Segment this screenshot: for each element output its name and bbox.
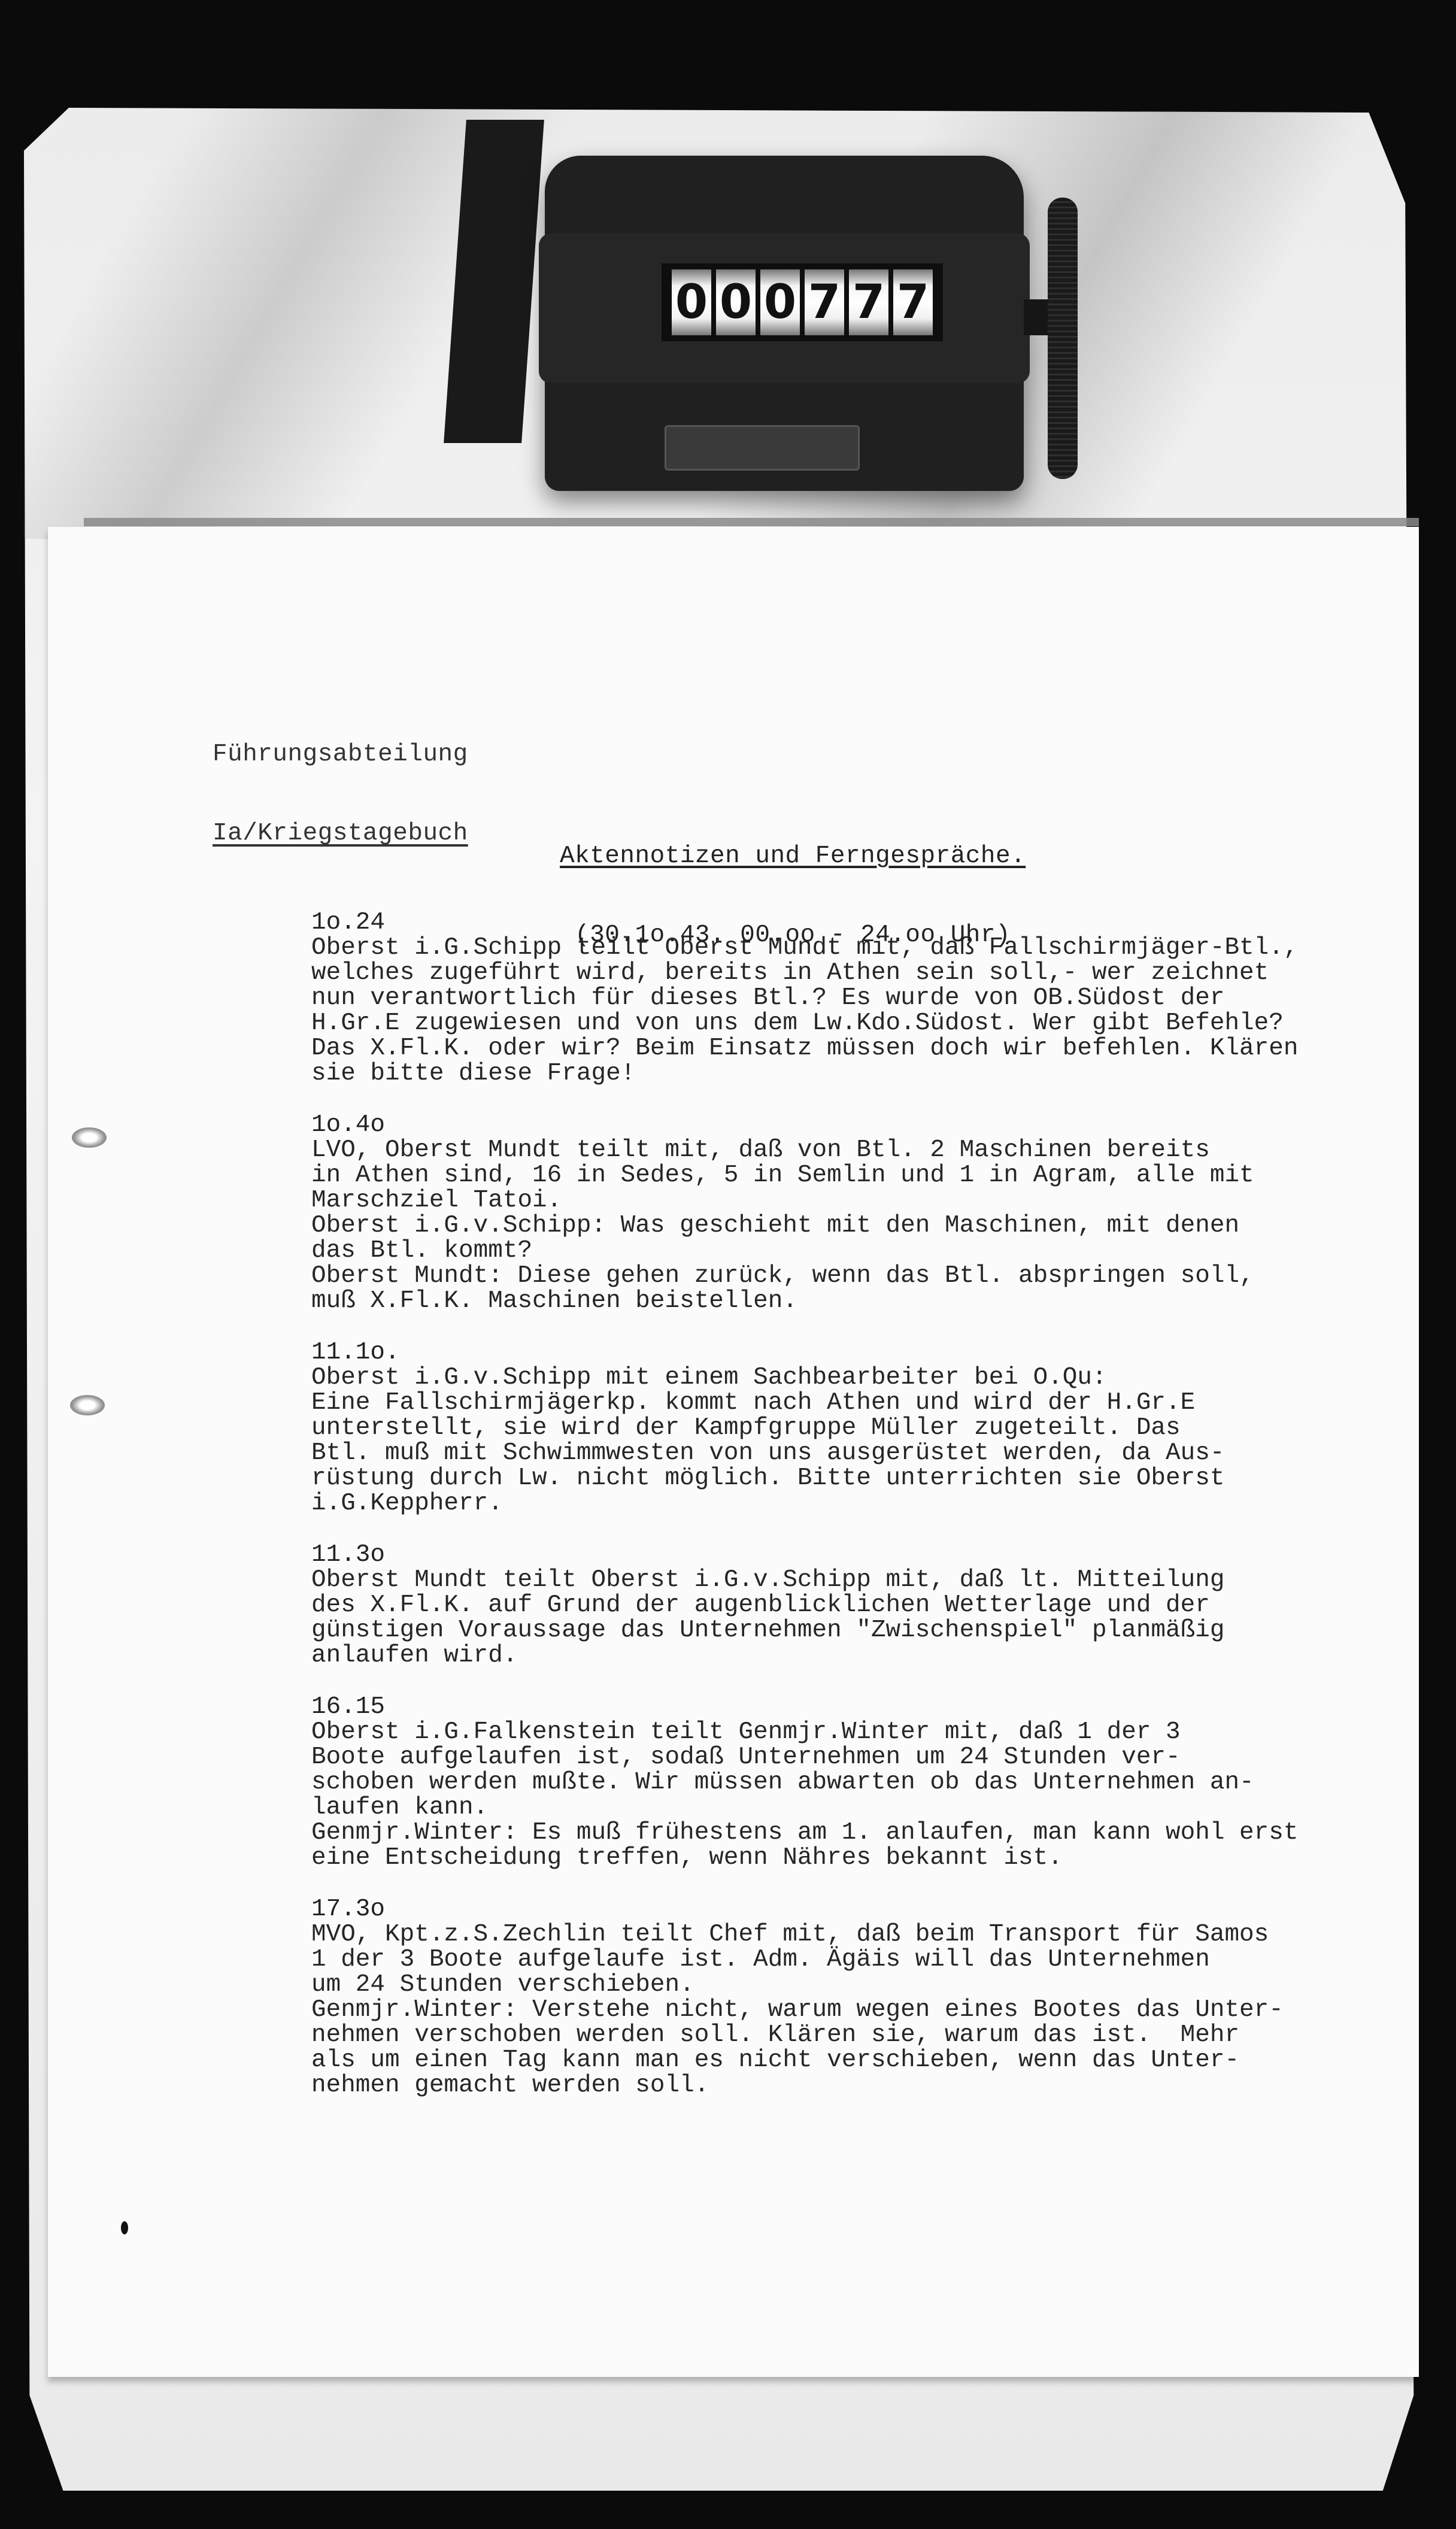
entry-text-line: nehmen gemacht werden soll. — [311, 2073, 1389, 2098]
entry-text-line: laufen kann. — [311, 1795, 1389, 1820]
log-entry: 17.3oMVO, Kpt.z.S.Zechlin teilt Chef mit… — [311, 1897, 1389, 2098]
entry-time: 1o.24 — [311, 910, 1389, 935]
department-name: Führungsabteilung — [213, 741, 468, 768]
entry-text-line: Genmjr.Winter: Verstehe nicht, warum weg… — [311, 1997, 1389, 2022]
entry-text-line: MVO, Kpt.z.S.Zechlin teilt Chef mit, daß… — [311, 1922, 1389, 1947]
entry-text-line: Oberst i.G.Falkenstein teilt Genmjr.Wint… — [311, 1720, 1389, 1745]
entry-text-line: 1 der 3 Boote aufgelaufe ist. Adm. Ägäis… — [311, 1947, 1389, 1972]
entry-text-line: eine Entscheidung treffen, wenn Nähres b… — [311, 1845, 1389, 1870]
entry-text-line: LVO, Oberst Mundt teilt mit, daß von Btl… — [311, 1138, 1389, 1163]
entry-text-line: Das X.Fl.K. oder wir? Beim Einsatz müsse… — [311, 1036, 1389, 1061]
counter-digit: 0 — [760, 269, 800, 335]
log-entry: 11.3oOberst Mundt teilt Oberst i.G.v.Sch… — [311, 1542, 1389, 1668]
entry-text-line: welches zugeführt wird, bereits in Athen… — [311, 960, 1389, 985]
counter-display: 000777 — [662, 263, 943, 341]
entry-text-line: muß X.Fl.K. Maschinen beistellen. — [311, 1288, 1389, 1314]
ink-speck — [121, 2221, 128, 2234]
war-diary-label: Ia/Kriegstagebuch — [213, 820, 468, 847]
entry-time: 1o.4o — [311, 1112, 1389, 1138]
entry-text-line: unterstellt, sie wird der Kampfgruppe Mü… — [311, 1415, 1389, 1441]
document-page: Führungsabteilung Ia/Kriegstagebuch Akte… — [48, 527, 1419, 2377]
entry-time: 11.1o. — [311, 1340, 1389, 1365]
entry-text-line: Btl. muß mit Schwimmwesten von uns ausge… — [311, 1441, 1389, 1466]
sheet-crease — [84, 518, 1419, 526]
entry-text-line: schoben werden mußte. Wir müssen abwarte… — [311, 1770, 1389, 1795]
counter-digit: 7 — [893, 269, 933, 335]
entry-text-line: Genmjr.Winter: Es muß frühestens am 1. a… — [311, 1820, 1389, 1845]
entry-time: 17.3o — [311, 1897, 1389, 1922]
counter-digit: 0 — [716, 269, 756, 335]
entry-text-line: anlaufen wird. — [311, 1643, 1389, 1668]
mechanical-counter: 000777 — [527, 144, 1102, 503]
counter-nameplate — [665, 425, 860, 471]
department-header: Führungsabteilung Ia/Kriegstagebuch — [213, 689, 468, 899]
punch-hole-bottom — [70, 1395, 105, 1415]
log-entry: 16.15Oberst i.G.Falkenstein teilt Genmjr… — [311, 1694, 1389, 1870]
entry-text-line: sie bitte diese Frage! — [311, 1061, 1389, 1086]
entry-text-line: Oberst Mundt: Diese gehen zurück, wenn d… — [311, 1263, 1389, 1288]
counter-digit: 7 — [805, 269, 844, 335]
entry-text-line: das Btl. kommt? — [311, 1238, 1389, 1263]
entry-text-line: nehmen verschoben werden soll. Klären si… — [311, 2022, 1389, 2048]
entry-text-line: Oberst i.G.v.Schipp: Was geschieht mit d… — [311, 1213, 1389, 1238]
entry-text-line: Oberst i.G.v.Schipp mit einem Sachbearbe… — [311, 1365, 1389, 1390]
punch-hole-top — [72, 1127, 107, 1148]
log-entry: 1o.24Oberst i.G.Schipp teilt Oberst Mund… — [311, 910, 1389, 1086]
entry-text-line: Boote aufgelaufen ist, sodaß Unternehmen… — [311, 1745, 1389, 1770]
log-entries: 1o.24Oberst i.G.Schipp teilt Oberst Mund… — [311, 910, 1389, 2124]
entry-text-line: Marschziel Tatoi. — [311, 1188, 1389, 1213]
entry-text-line: des X.Fl.K. auf Grund der augenblicklich… — [311, 1593, 1389, 1618]
entry-text-line: als um einen Tag kann man es nicht versc… — [311, 2048, 1389, 2073]
entry-text-line: H.Gr.E zugewiesen und von uns dem Lw.Kdo… — [311, 1011, 1389, 1036]
counter-digit: 7 — [849, 269, 888, 335]
log-entry: 11.1o.Oberst i.G.v.Schipp mit einem Sach… — [311, 1340, 1389, 1516]
log-entry: 1o.4oLVO, Oberst Mundt teilt mit, daß vo… — [311, 1112, 1389, 1314]
entry-text-line: in Athen sind, 16 in Sedes, 5 in Semlin … — [311, 1163, 1389, 1188]
entry-text-line: nun verantwortlich für dieses Btl.? Es w… — [311, 985, 1389, 1011]
entry-text-line: Oberst i.G.Schipp teilt Oberst Mundt mit… — [311, 935, 1389, 960]
counter-digit: 0 — [672, 269, 711, 335]
entry-text-line: um 24 Stunden verschieben. — [311, 1972, 1389, 1997]
entry-text-line: i.G.Keppherr. — [311, 1491, 1389, 1516]
entry-text-line: Oberst Mundt teilt Oberst i.G.v.Schipp m… — [311, 1567, 1389, 1593]
document-title: Aktennotizen und Ferngespräche. — [560, 843, 1026, 869]
entry-text-line: rüstung durch Lw. nicht möglich. Bitte u… — [311, 1466, 1389, 1491]
entry-time: 16.15 — [311, 1694, 1389, 1720]
entry-time: 11.3o — [311, 1542, 1389, 1567]
entry-text-line: Eine Fallschirmjägerkp. kommt nach Athen… — [311, 1390, 1389, 1415]
entry-text-line: günstigen Voraussage das Unternehmen "Zw… — [311, 1618, 1389, 1643]
counter-reset-knob — [1048, 198, 1078, 479]
